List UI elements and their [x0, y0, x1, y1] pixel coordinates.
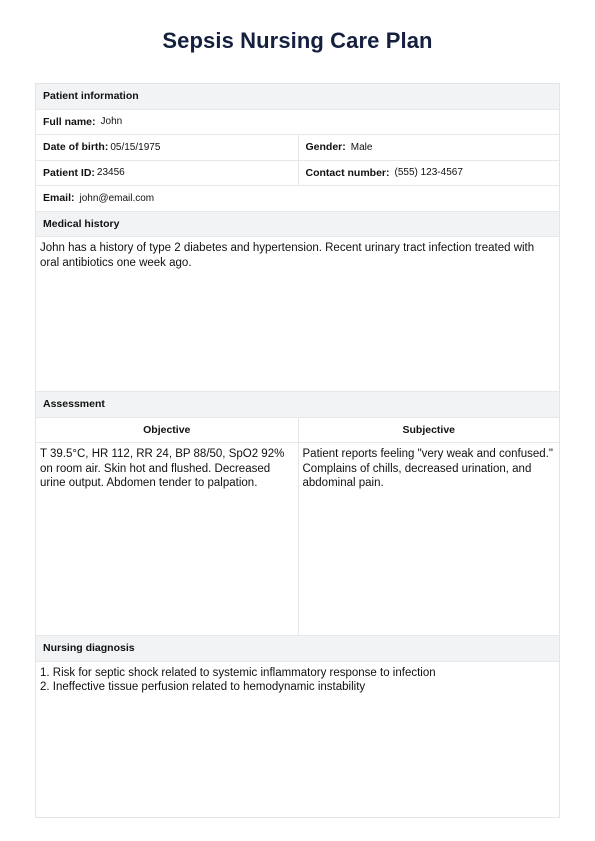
full-name-label: Full name:: [43, 116, 96, 128]
subjective-heading: Subjective: [298, 418, 560, 443]
gender-value: Male: [351, 142, 373, 153]
nursing-diagnosis-row: 1. Risk for septic shock related to syst…: [36, 662, 559, 817]
assessment-content-row: T 39.5°C, HR 112, RR 24, BP 88/50, SpO2 …: [36, 443, 559, 636]
patient-information-header-row: Patient information: [36, 84, 559, 110]
nursing-diagnosis-item: 1. Risk for septic shock related to syst…: [40, 666, 436, 681]
medical-history-header-row: Medical history: [36, 212, 559, 238]
gender-label: Gender:: [306, 141, 346, 153]
medical-history-text[interactable]: John has a history of type 2 diabetes an…: [36, 237, 559, 391]
subjective-text[interactable]: Patient reports feeling "very weak and c…: [298, 443, 560, 635]
patient-id-label: Patient ID:: [43, 167, 95, 179]
nursing-diagnosis-heading: Nursing diagnosis: [36, 636, 559, 661]
nursing-diagnosis-item: 2. Ineffective tissue perfusion related …: [40, 680, 365, 695]
objective-text[interactable]: T 39.5°C, HR 112, RR 24, BP 88/50, SpO2 …: [36, 443, 298, 635]
date-of-birth-label: Date of birth:: [43, 141, 108, 153]
contact-number-value: (555) 123-4567: [395, 167, 463, 178]
assessment-column-headers: Objective Subjective: [36, 418, 559, 444]
email-label: Email:: [43, 192, 75, 204]
full-name-field[interactable]: Full name: John: [36, 110, 559, 135]
date-of-birth-value: 05/15/1975: [110, 142, 160, 153]
date-of-birth-field[interactable]: Date of birth: 05/15/1975: [36, 135, 298, 160]
gender-field[interactable]: Gender: Male: [298, 135, 560, 160]
dob-gender-row: Date of birth: 05/15/1975 Gender: Male: [36, 135, 559, 161]
nursing-diagnosis-list[interactable]: 1. Risk for septic shock related to syst…: [36, 662, 559, 817]
full-name-row: Full name: John: [36, 110, 559, 136]
assessment-heading: Assessment: [36, 392, 559, 417]
assessment-header-row: Assessment: [36, 392, 559, 418]
page-title: Sepsis Nursing Care Plan: [0, 28, 595, 54]
patient-information-heading: Patient information: [36, 84, 559, 109]
contact-number-label: Contact number:: [306, 167, 390, 179]
contact-number-field[interactable]: Contact number: (555) 123-4567: [298, 161, 560, 186]
medical-history-heading: Medical history: [36, 212, 559, 237]
id-contact-row: Patient ID: 23456 Contact number: (555) …: [36, 161, 559, 187]
care-plan-form: Patient information Full name: John Date…: [35, 83, 560, 818]
medical-history-row: John has a history of type 2 diabetes an…: [36, 237, 559, 392]
nursing-diagnosis-header-row: Nursing diagnosis: [36, 636, 559, 662]
email-field[interactable]: Email: john@email.com: [36, 186, 559, 211]
email-row: Email: john@email.com: [36, 186, 559, 212]
objective-heading: Objective: [36, 418, 298, 443]
patient-id-field[interactable]: Patient ID: 23456: [36, 161, 298, 186]
full-name-value: John: [101, 116, 123, 127]
email-value: john@email.com: [80, 193, 155, 204]
patient-id-value: 23456: [97, 167, 125, 178]
